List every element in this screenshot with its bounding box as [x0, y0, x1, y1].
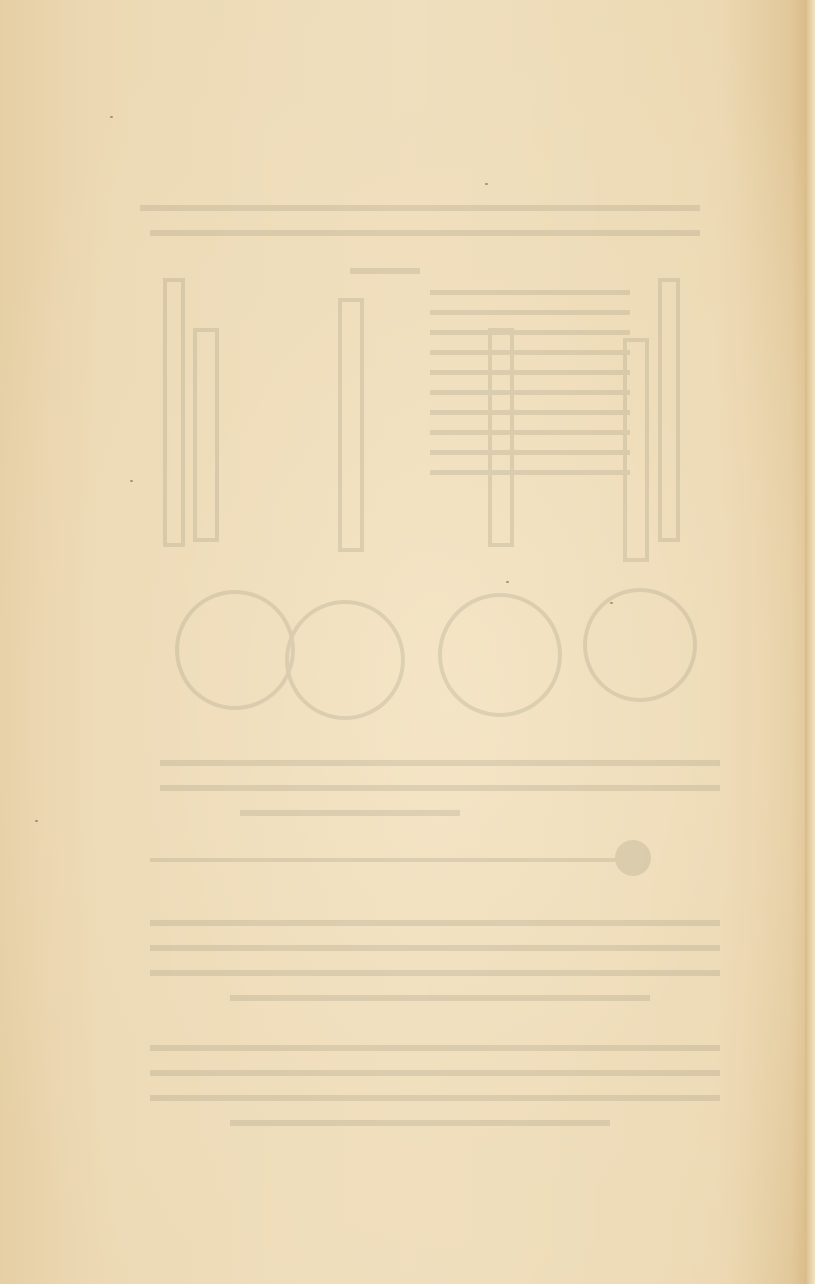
paper-speck [35, 820, 38, 822]
paper-speck [130, 480, 133, 482]
paper-speck [506, 581, 509, 583]
book-page [0, 0, 815, 1284]
page-edge [805, 0, 815, 1284]
bleed-through-diagram [0, 0, 815, 1284]
paper-speck [610, 602, 613, 604]
paper-speck [485, 183, 488, 185]
paper-speck [110, 116, 113, 118]
